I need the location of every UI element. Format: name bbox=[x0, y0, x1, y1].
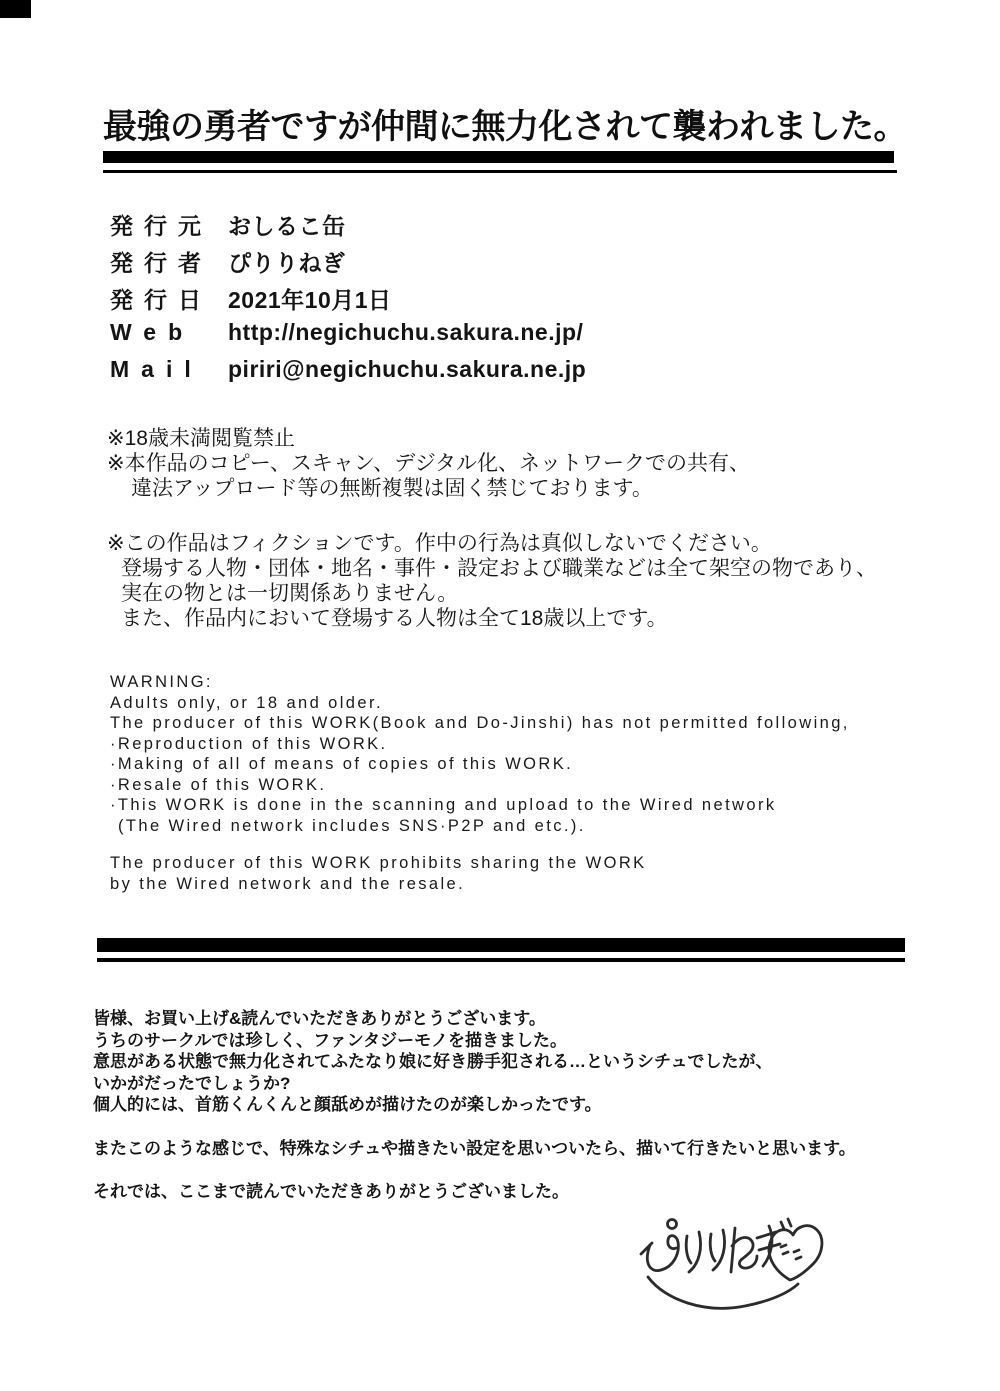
warning-line: ·Reproduction of this WORK. bbox=[110, 734, 850, 755]
notice-line: ※本作品のコピー、スキャン、デジタル化、ネットワークでの共有、 bbox=[107, 451, 750, 476]
warning-line: WARNING: bbox=[110, 672, 850, 693]
web-label: Web bbox=[110, 319, 194, 345]
warning-line: Adults only, or 18 and older. bbox=[110, 693, 850, 714]
web-url: http://negichuchu.sakura.ne.jp/ bbox=[228, 319, 583, 346]
notice-line: 実在の物とは一切関係ありません。 bbox=[107, 581, 877, 606]
web-row: Web http://negichuchu.sakura.ne.jp/ bbox=[110, 319, 586, 345]
afterword-line: うちのサークルでは珍しく、ファンタジーモノを描きました。 bbox=[93, 1030, 773, 1052]
notice-line: 登場する人物・団体・地名・事件・設定および職業などは全て架空の物であり、 bbox=[107, 556, 877, 581]
afterword-line: 個人的には、首筋くんくんと顔舐めが描けたのが楽しかったです。 bbox=[93, 1094, 773, 1116]
afterword-line: それでは、ここまで読んでいただきありがとうございました。 bbox=[93, 1181, 569, 1203]
warning-line: The producer of this WORK prohibits shar… bbox=[110, 853, 850, 874]
fiction-disclaimer-notice: ※この作品はフィクションです。作中の行為は真似しないでください。 登場する人物・… bbox=[107, 531, 877, 631]
divider-thin-bottom bbox=[97, 958, 905, 962]
notice-line: 違法アップロード等の無断複製は固く禁じております。 bbox=[107, 476, 750, 501]
warning-line: ·Making of all of means of copies of thi… bbox=[110, 754, 850, 775]
warning-line: ·Resale of this WORK. bbox=[110, 775, 850, 796]
afterword-paragraph: 皆様、お買い上げ&読んでいただきありがとうございます。 うちのサークルでは珍しく… bbox=[93, 1008, 773, 1116]
afterword-line: 意思がある状態で無力化されてふたなり娘に好き勝手犯される…というシチュでしたが、 bbox=[93, 1051, 773, 1073]
spacer bbox=[110, 836, 850, 853]
mail-address: piriri@negichuchu.sakura.ne.jp bbox=[228, 356, 586, 383]
issue-date-row: 発行日 2021年10月1日 bbox=[110, 282, 586, 308]
warning-line: The producer of this WORK(Book and Do-Ji… bbox=[110, 713, 850, 734]
afterword-line: またこのような感じで、特殊なシチュや描きたい設定を思いついたら、描いて行きたいと… bbox=[93, 1138, 856, 1160]
warning-line: (The Wired network includes SNS·P2P and … bbox=[110, 816, 850, 837]
afterword-paragraph: またこのような感じで、特殊なシチュや描きたい設定を思いついたら、描いて行きたいと… bbox=[93, 1138, 856, 1160]
mail-label: Mail bbox=[110, 356, 203, 382]
signature-heart-icon bbox=[769, 1226, 822, 1280]
doujin-title: 最強の勇者ですが仲間に無力化されて襲われました。 bbox=[103, 99, 907, 148]
notice-line: ※18歳未満閲覧禁止 bbox=[107, 426, 750, 451]
english-warning: WARNING: Adults only, or 18 and older. T… bbox=[110, 672, 850, 894]
publication-info: 発行元 おしるこ缶 発行者 ぴりりねぎ 発行日 2021年10月1日 Web h… bbox=[110, 208, 586, 393]
divider-thick-top bbox=[103, 151, 894, 163]
author-label: 発行者 bbox=[110, 250, 212, 276]
age-restriction-notice: ※18歳未満閲覧禁止 ※本作品のコピー、スキャン、デジタル化、ネットワークでの共… bbox=[107, 426, 750, 501]
signature-underline-stroke bbox=[648, 1277, 798, 1308]
afterword-line: いかがだったでしょうか? bbox=[93, 1073, 773, 1095]
afterword-line: 皆様、お買い上げ&読んでいただきありがとうございます。 bbox=[93, 1008, 773, 1030]
notice-line: ※この作品はフィクションです。作中の行為は真似しないでください。 bbox=[107, 531, 877, 556]
publisher-value: おしるこ缶 bbox=[228, 208, 346, 241]
colophon-page: 最強の勇者ですが仲間に無力化されて襲われました。 発行元 おしるこ缶 発行者 ぴ… bbox=[0, 0, 1000, 1391]
warning-line: by the Wired network and the resale. bbox=[110, 874, 850, 895]
publisher-row: 発行元 おしるこ缶 bbox=[110, 208, 586, 234]
issue-date-label: 発行日 bbox=[110, 287, 212, 313]
publisher-label: 発行元 bbox=[110, 213, 212, 239]
author-value: ぴりりねぎ bbox=[228, 245, 346, 278]
warning-line: ·This WORK is done in the scanning and u… bbox=[110, 795, 850, 816]
divider-thin-top bbox=[103, 170, 897, 173]
scan-artifact-mark bbox=[0, 0, 31, 18]
notice-line: また、作品内において登場する人物は全て18歳以上です。 bbox=[107, 606, 877, 631]
artist-signature-drawing bbox=[635, 1202, 905, 1317]
author-row: 発行者 ぴりりねぎ bbox=[110, 245, 586, 271]
afterword-paragraph: それでは、ここまで読んでいただきありがとうございました。 bbox=[93, 1181, 569, 1203]
issue-date-value: 2021年10月1日 bbox=[228, 282, 392, 315]
mail-row: Mail piriri@negichuchu.sakura.ne.jp bbox=[110, 356, 586, 382]
divider-thick-bottom bbox=[97, 938, 905, 952]
